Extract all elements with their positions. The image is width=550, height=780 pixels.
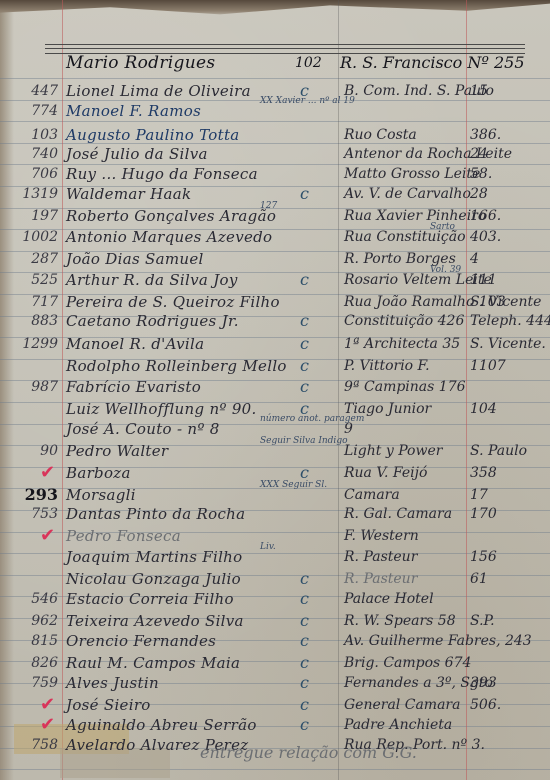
ledger-entry: 1002Antonio Marques AzevedoSartoRua Cons… <box>0 226 550 248</box>
entry-name: Caetano Rodrigues Jr. <box>66 310 239 332</box>
entry-address: P. Vittorio F. <box>344 355 430 377</box>
entry-name: Rodolpho Rolleinberg Mello <box>66 355 287 377</box>
ledger-entry: 815Orencio FernandescAv. Guilherme Fabre… <box>0 630 550 652</box>
entry-note: XX Xavier ... nº al 19 <box>260 96 355 106</box>
entry-address: 1ª Architecta 35 <box>344 333 460 355</box>
ledger-entry: Aguinaldo Abreu SerrãocPadre Anchieta✔ <box>0 714 550 736</box>
entry-address: R. Gal. Camara <box>344 503 452 525</box>
entry-address-number: 15 <box>470 80 540 102</box>
entry-note: XXX Seguir Sl. <box>260 480 327 490</box>
entry-name: Raul M. Campos Maia <box>66 652 240 674</box>
entry-number: 758 <box>6 734 58 756</box>
entry-address: Av. Guilherme Fabres, 243 <box>344 630 532 652</box>
ledger-entry: 706Ruy ... Hugo da FonsecaMatto Grosso L… <box>0 163 550 185</box>
footer-note: entregue relação com G.G. <box>200 743 417 762</box>
entry-name: Manoel F. Ramos <box>66 100 201 122</box>
entry-name: José A. Couto - nº 8 <box>66 418 220 440</box>
entry-address-number: 58. <box>470 163 540 185</box>
entry-address-number: 170 <box>470 503 540 525</box>
entry-address: Constituição 426 <box>344 310 464 332</box>
entry-address: R. Pasteur <box>344 568 417 590</box>
header-row: Mario Rodrigues 102 R. S. Francisco Nº 2… <box>0 52 550 74</box>
entry-address-number: S. Vicente. <box>470 333 540 355</box>
torn-top-edge <box>0 0 550 18</box>
entry-name: Manoel R. d'Avila <box>66 333 204 355</box>
entry-address-number: 104 <box>470 398 540 420</box>
entry-number: 826 <box>6 652 58 674</box>
ledger-entry: 987Fabrício Evaristoc9ª Campinas 176 <box>0 376 550 398</box>
ledger-entry: 826Raul M. Campos MaiacBrig. Campos 674 <box>0 652 550 674</box>
entry-name: Pedro Walter <box>66 440 168 462</box>
entry-name: Fabrício Evaristo <box>66 376 201 398</box>
entry-address: Brig. Campos 674 <box>344 652 471 674</box>
entry-address-number: 166. <box>470 205 540 227</box>
check-mark-icon: ✔ <box>40 462 55 484</box>
entry-address-number: 156 <box>470 546 540 568</box>
entry-address: F. Western <box>344 525 419 547</box>
ledger-entry: 90Pedro WalterSeguir Silva IndigoLight y… <box>0 440 550 462</box>
entry-address: 9ª Campinas 176 <box>344 376 466 398</box>
entry-number: 287 <box>6 248 58 270</box>
header-name: Mario Rodrigues <box>66 52 215 74</box>
entry-number: 546 <box>6 588 58 610</box>
ledger-entry: 197Roberto Gonçalves Aragão127Rua Xavier… <box>0 205 550 227</box>
entry-number: 759 <box>6 672 58 694</box>
entry-address: R. Pasteur <box>344 546 417 568</box>
entry-mark: c <box>300 183 309 205</box>
entry-number: 815 <box>6 630 58 652</box>
ledger-entry: 883Caetano Rodrigues Jr.cConstituição 42… <box>0 310 550 332</box>
entry-name: José Sieiro <box>66 694 151 716</box>
ledger-entry: 753Dantas Pinto da RochaR. Gal. Camara17… <box>0 503 550 525</box>
ledger-entry: 525Arthur R. da Silva JoycVol. 39Rosario… <box>0 269 550 291</box>
entry-mark: c <box>300 355 309 377</box>
entry-address: General Camara <box>344 694 460 716</box>
entry-mark: c <box>300 610 309 632</box>
entry-number: 753 <box>6 503 58 525</box>
check-mark-icon: ✔ <box>40 525 55 547</box>
entry-mark: c <box>300 269 309 291</box>
entry-address: Rua Xavier Pinheiro <box>344 205 486 227</box>
entry-address-number: Teleph. 4446 <box>470 310 540 332</box>
entry-name: Dantas Pinto da Rocha <box>66 503 245 525</box>
entry-address: Light y Power <box>344 440 442 462</box>
entry-address: Matto Grosso Leite <box>344 163 480 185</box>
ledger-entry: Joaquim Martins FilhoLiv.R. Pasteur156 <box>0 546 550 568</box>
ledger-page: Mario Rodrigues 102 R. S. Francisco Nº 2… <box>0 0 550 780</box>
entry-address-number: 4 <box>470 248 540 270</box>
entry-note: Seguir Silva Indigo <box>260 436 348 446</box>
entry-name: Alves Justin <box>66 672 159 694</box>
entry-address-number: 358 <box>470 462 540 484</box>
entry-address-number: S.P. <box>470 610 540 632</box>
entry-number: 740 <box>6 143 58 165</box>
entry-mark: c <box>300 588 309 610</box>
entry-address-number: 28 <box>470 183 540 205</box>
ledger-entry: 759Alves JustincFernandes a 3º, Sgto393 <box>0 672 550 694</box>
ledger-entry: 546Estacio Correia FilhocPalace Hotel <box>0 588 550 610</box>
entry-number: 197 <box>6 205 58 227</box>
entry-address: Av. V. de Carvalho <box>344 183 471 205</box>
entry-name: Waldemar Haak <box>66 183 191 205</box>
check-mark-icon: ✔ <box>40 694 55 716</box>
entry-name: Joaquim Martins Filho <box>66 546 242 568</box>
entry-name: Antonio Marques Azevedo <box>66 226 272 248</box>
entry-name: Teixeira Azevedo Silva <box>66 610 244 632</box>
entry-name: Nicolau Gonzaga Julio <box>66 568 241 590</box>
header-address: R. S. Francisco Nº 255 <box>340 52 525 74</box>
entry-address-number: 506. <box>470 694 540 716</box>
ledger-entry: Nicolau Gonzaga JuliocR. Pasteur61 <box>0 568 550 590</box>
entry-number: 1319 <box>6 183 58 205</box>
entry-number: 1002 <box>6 226 58 248</box>
entry-number: 774 <box>6 100 58 122</box>
entry-number: 447 <box>6 80 58 102</box>
entry-number: 90 <box>6 440 58 462</box>
entry-mark: c <box>300 310 309 332</box>
entry-mark: c <box>300 714 309 736</box>
entry-address-number: S. Paulo <box>470 440 540 462</box>
entry-address: Rua V. Feijó <box>344 462 427 484</box>
entry-name: Orencio Fernandes <box>66 630 216 652</box>
entry-number: 883 <box>6 310 58 332</box>
entry-address: R. W. Spears 58 <box>344 610 456 632</box>
ledger-entry: 774Manoel F. RamosXX Xavier ... nº al 19 <box>0 100 550 122</box>
entry-note: 127 <box>260 201 277 211</box>
entry-name: Aguinaldo Abreu Serrão <box>66 714 257 736</box>
entry-mark: c <box>300 376 309 398</box>
entry-address: Rua Constituição <box>344 226 466 248</box>
ledger-entry: 962Teixeira Azevedo SilvacR. W. Spears 5… <box>0 610 550 632</box>
entry-address-number: 61 <box>470 568 540 590</box>
entry-address-number: 111 <box>470 269 540 291</box>
ruled-line <box>0 78 550 79</box>
entry-mark: c <box>300 694 309 716</box>
entry-address-number: 24 <box>470 143 540 165</box>
entry-number: 987 <box>6 376 58 398</box>
entry-mark: c <box>300 630 309 652</box>
entry-name: Estacio Correia Filho <box>66 588 234 610</box>
entry-number: 1299 <box>6 333 58 355</box>
entry-number: 706 <box>6 163 58 185</box>
entry-mark: c <box>300 672 309 694</box>
entry-name: Lionel Lima de Oliveira <box>66 80 251 102</box>
entry-address-number: 403. <box>470 226 540 248</box>
entry-name: Ruy ... Hugo da Fonseca <box>66 163 258 185</box>
entry-name: Pedro Fonseca <box>66 525 181 547</box>
entry-address: Palace Hotel <box>344 588 434 610</box>
ledger-entry: 740José Julio da SilvaAntenor da Rocha L… <box>0 143 550 165</box>
entry-name: Roberto Gonçalves Aragão <box>66 205 276 227</box>
entry-number: 525 <box>6 269 58 291</box>
entry-name: Luiz Wellhofflung nº 90. <box>66 398 257 420</box>
entry-name: José Julio da Silva <box>66 143 208 165</box>
entry-number: 962 <box>6 610 58 632</box>
entry-address-number: 393 <box>470 672 540 694</box>
entry-name: Barboza <box>66 462 131 484</box>
ledger-entry: 287João Dias SamuelR. Porto Borges4 <box>0 248 550 270</box>
entry-name: Arthur R. da Silva Joy <box>66 269 238 291</box>
ledger-entry: 1299Manoel R. d'Avilac1ª Architecta 35S.… <box>0 333 550 355</box>
entry-address-number: 1107 <box>470 355 540 377</box>
ledger-entry: José SieirocGeneral Camara506.✔ <box>0 694 550 716</box>
entry-mark: c <box>300 568 309 590</box>
entry-mark: c <box>300 333 309 355</box>
entry-note: Liv. <box>260 542 276 552</box>
check-mark-icon: ✔ <box>40 714 55 736</box>
header-number: 102 <box>295 52 322 74</box>
entry-mark: c <box>300 652 309 674</box>
ledger-entry: Rodolpho Rolleinberg MellocP. Vittorio F… <box>0 355 550 377</box>
entry-address: Padre Anchieta <box>344 714 452 736</box>
entry-name: João Dias Samuel <box>66 248 204 270</box>
